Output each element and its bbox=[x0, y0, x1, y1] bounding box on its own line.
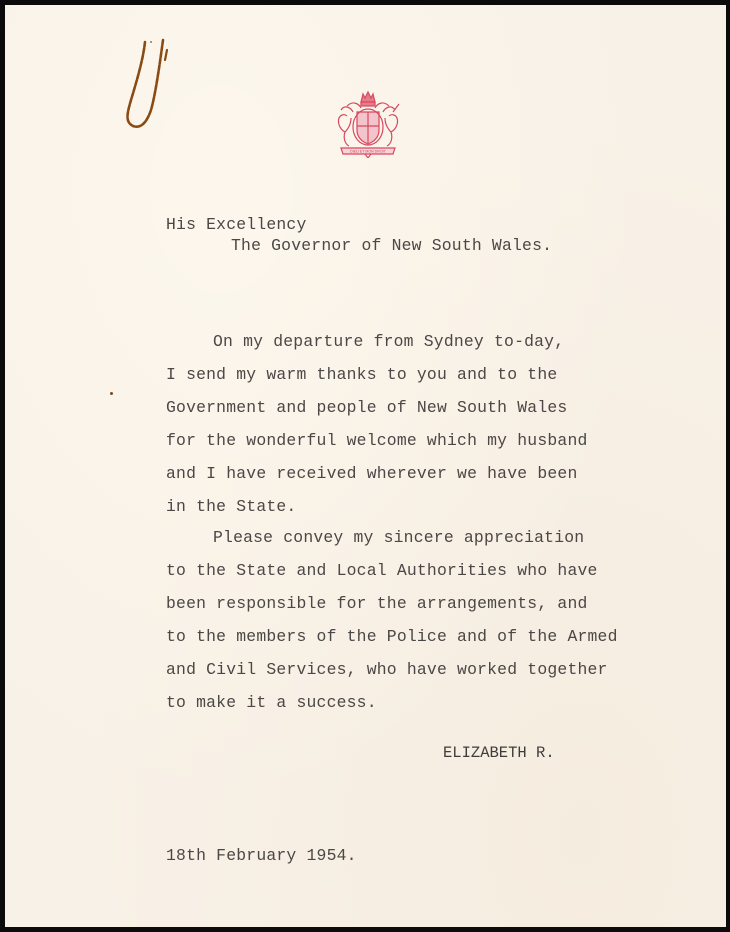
addressee-title: His Excellency bbox=[166, 217, 307, 233]
royal-coat-of-arms-icon: DIEU ET MON DROIT bbox=[327, 88, 409, 158]
paragraph-1-line-3: Government and people of New South Wales bbox=[166, 400, 567, 416]
paragraph-1-line-1: On my departure from Sydney to-day, bbox=[213, 334, 564, 350]
paragraph-1-line-5: and I have received wherever we have bee… bbox=[166, 466, 577, 482]
paragraph-2-line-2: to the State and Local Authorities who h… bbox=[166, 563, 598, 579]
paragraph-1-line-2: I send my warm thanks to you and to the bbox=[166, 367, 557, 383]
paragraph-2-line-5: and Civil Services, who have worked toge… bbox=[166, 662, 608, 678]
paragraph-2-line-3: been responsible for the arrangements, a… bbox=[166, 596, 588, 612]
signature: ELIZABETH R. bbox=[443, 746, 555, 762]
paragraph-2-line-4: to the members of the Police and of the … bbox=[166, 629, 618, 645]
letter-date: 18th February 1954. bbox=[166, 848, 357, 864]
paragraph-2-line-6: to make it a success. bbox=[166, 695, 377, 711]
rust-paperclip-stain-icon bbox=[113, 30, 173, 135]
crest-motto: DIEU ET MON DROIT bbox=[350, 150, 386, 154]
paragraph-2-line-1: Please convey my sincere appreciation bbox=[213, 530, 584, 546]
stain-speck bbox=[110, 392, 113, 395]
addressee-office: The Governor of New South Wales. bbox=[231, 238, 552, 254]
paragraph-1-line-4: for the wonderful welcome which my husba… bbox=[166, 433, 588, 449]
paragraph-1-line-6: in the State. bbox=[166, 499, 296, 515]
letter-page: DIEU ET MON DROIT His Excellency The Gov… bbox=[5, 5, 726, 927]
